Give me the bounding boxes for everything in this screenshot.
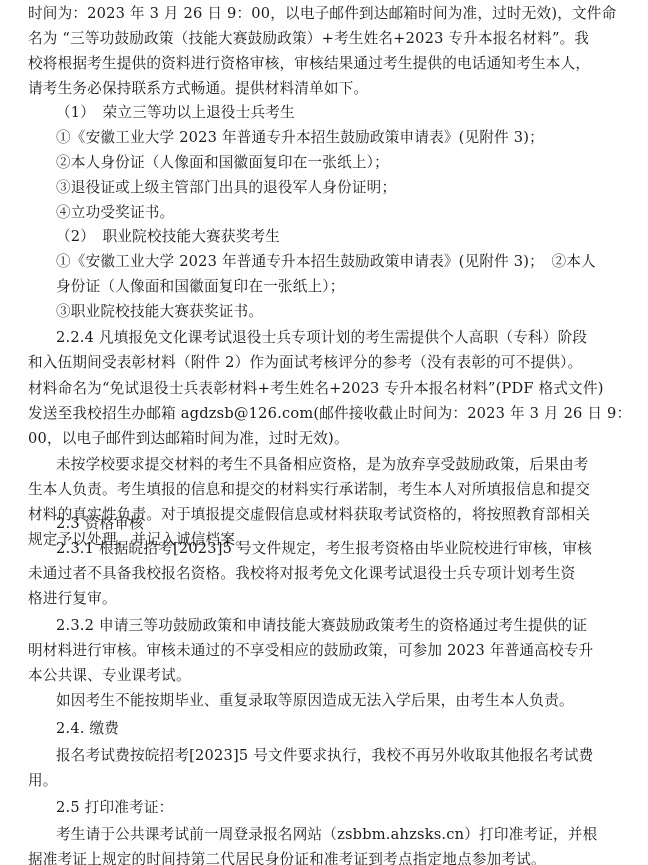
list-item: 身份证（人像面和国徽面复印在一张纸上）； (56, 277, 345, 297)
list-item: ③退役证或上级主管部门出具的退役军人身份证明； (56, 178, 396, 198)
paragraph-line: 考生请于公共课考试前一周登录报名网站（zsbbm.ahzsks.cn）打印准考证… (56, 825, 597, 845)
paragraph-line: 请考生务必保持联系方式畅通。提供材料清单如下。 (28, 79, 368, 99)
paragraph-line: 明材料进行审核。审核未通过的不享受相应的鼓励政策，可参加 2023 年普通高校专… (28, 641, 593, 661)
paragraph-line: 据准考证上规定的时间持第二代居民身份证和准考证到考点指定地点参加考试。 (28, 850, 546, 865)
list-heading-1: （1） 荣立三等功以上退役士兵考生 (56, 103, 295, 123)
paragraph-line: 校将根据考生提供的资料进行资格审核，审核结果通过考生提供的电话通知考生本人， (28, 54, 590, 74)
list-item: ③职业院校技能大赛获奖证书。 (56, 302, 263, 322)
paragraph-line: 名为 “三等功鼓励政策（技能大赛鼓励政策）+考生姓名+2023 专升本报名材料”… (28, 29, 589, 49)
list-item: ①《安徽工业大学 2023 年普通专升本招生鼓励政策申请表》(见附件 3)； (56, 128, 544, 148)
paragraph-line: 本公共课、专业课考试。 (28, 666, 191, 686)
paragraph-line: 未按学校要求提交材料的考生不具备相应资格，是为放弃享受鼓励政策，后果由考 (56, 455, 589, 475)
section-2-3-2: 2.3.2 申请三等功鼓励政策和申请技能大赛鼓励政策考生的资格通过考生提供的证 (56, 616, 587, 636)
paragraph-line: 未通过者不具备我校报名资格。我校将对报考免文化课考试退役士兵专项计划考生资 (28, 564, 575, 584)
list-item: ②本人身份证（人像面和国徽面复印在一张纸上）； (56, 153, 389, 173)
list-item: ①《安徽工业大学 2023 年普通专升本招生鼓励政策申请表》(见附件 3)； ②… (56, 252, 596, 272)
paragraph-line: 时间为：2023 年 3 月 26 日 9：00，以电子邮件到达邮箱时间为准，过… (28, 4, 616, 24)
list-heading-2: （2） 职业院校技能大赛获奖考生 (56, 227, 280, 247)
section-heading-2-3: 2.3 资格审核 (56, 514, 144, 534)
section-2-3-1: 2.3.1 根据皖招考[2023]5 号文件规定，考生报考资格由毕业院校进行审核… (56, 539, 592, 559)
paragraph-line: 和入伍期间受表彰材料（附件 2）作为面试考核评分的参考（没有表彰的可不提供）。 (28, 353, 582, 373)
paragraph-line: 生本人负责。考生填报的信息和提交的材料实行承诺制，考生本人对所填报信息和提交 (28, 480, 590, 500)
paragraph-line: 用。 (28, 771, 58, 791)
section-heading-2-4: 2.4. 缴费 (56, 719, 119, 739)
paragraph-line: 格进行复审。 (28, 589, 117, 609)
paragraph-line: 00，以电子邮件到达邮箱时间为准，过时无效)。 (28, 429, 349, 449)
list-item: ④立功受奖证书。 (56, 203, 174, 223)
paragraph-line: 发送至我校招生办邮箱 agdzsb@126.com(邮件接收截止时间为：2023… (28, 404, 631, 424)
section-heading-2-5: 2.5 打印准考证： (56, 798, 173, 818)
section-2-2-4: 2.2.4 凡填报免文化课考试退役士兵专项计划的考生需提供个人高职（专科）阶段 (56, 328, 587, 348)
paragraph-line: 报名考试费按皖招考[2023]5 号文件要求执行，我校不再另外收取其他报名考试费 (56, 746, 593, 766)
paragraph-line: 材料命名为“免试退役士兵表彰材料+考生姓名+2023 专升本报名材料”(PDF … (28, 379, 604, 399)
paragraph-line: 如因考生不能按期毕业、重复录取等原因造成无法入学后果，由考生本人负责。 (56, 691, 574, 711)
